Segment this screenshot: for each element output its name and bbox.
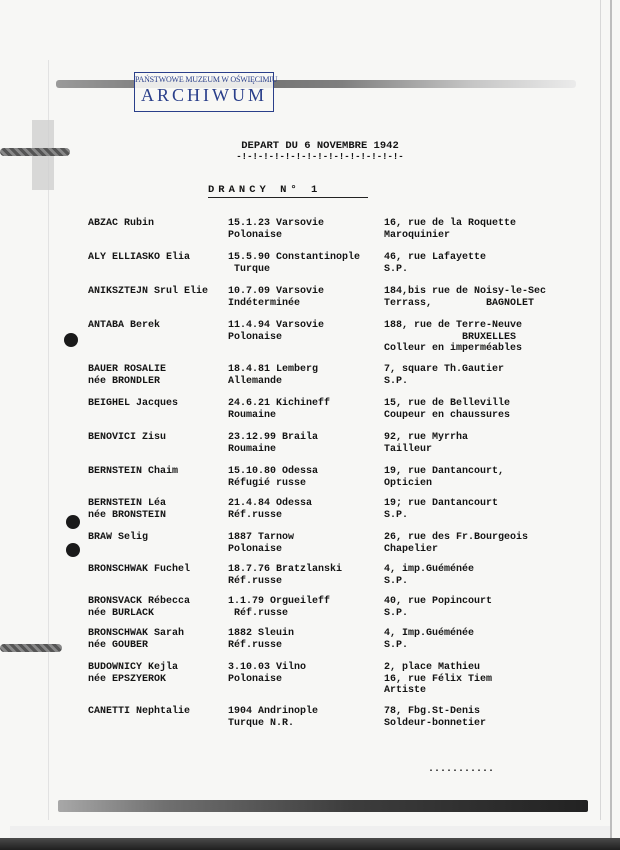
person-name: ANTABA Berek [88,320,160,332]
birth-info-line: Indéterminée [228,298,324,310]
address-occupation: 188, rue de Terre-Neuve BRUXELLESColleur… [384,320,522,355]
birth-info: 15.10.80 OdessaRéfugié russe [228,466,318,489]
birth-info: 15.1.23 VarsoviePolonaise [228,218,324,241]
address-occupation: 19, rue Dantancourt,Opticien [384,466,504,489]
birth-info-line: 18.4.81 Lemberg [228,364,318,376]
document-title: DEPART DU 6 NOVEMBRE 1942 [10,140,620,152]
person-name: BEIGHEL Jacques [88,398,178,410]
address-occupation: 2, place Mathieu16, rue Félix TiemArtist… [384,662,492,697]
birth-info-line: 10.7.09 Varsovie [228,286,324,298]
address-occupation-line: 19, rue Dantancourt, [384,466,504,478]
birth-info-line: Polonaise [228,230,324,242]
birth-info: 24.6.21 KichineffRoumaine [228,398,330,421]
address-occupation-line: Colleur en imperméables [384,343,522,355]
person-name: BERNSTEIN Chaim [88,466,178,478]
address-occupation-line: 184,bis rue de Noisy-le-Sec [384,286,546,298]
birth-info: 1882 SleuinRéf.russe [228,628,294,651]
birth-info-line: 15.5.90 Constantinople [228,252,360,264]
address-occupation: 15, rue de BellevilleCoupeur en chaussur… [384,398,510,421]
person-name-line: CANETTI Nephtalie [88,706,190,718]
person-name-line: BRAW Selig [88,532,148,544]
birth-info-line: Réf.russe [228,640,294,652]
address-occupation-line: Chapelier [384,544,528,556]
birth-info-line: 23.12.99 Braila [228,432,318,444]
person-name-line: née EPSZYEROK [88,674,178,686]
birth-info-line: Réf.russe [228,576,342,588]
birth-info: 18.7.76 BratzlanskiRéf.russe [228,564,342,587]
address-occupation: 16, rue de la RoquetteMaroquinier [384,218,516,241]
person-name-line: ANTABA Berek [88,320,160,332]
address-occupation-line: Coupeur en chaussures [384,410,510,422]
address-occupation: 184,bis rue de Noisy-le-SecTerrass, BAGN… [384,286,546,309]
person-name-line: née BURLACK [88,608,190,620]
birth-info-line: Roumaine [228,410,330,422]
address-occupation-line: S.P. [384,510,498,522]
stamp-institution: PAŃSTWOWE MUZEUM W OŚWIĘCIMIU [135,75,273,84]
address-occupation-line: 19; rue Dantancourt [384,498,498,510]
birth-info-line: Polonaise [228,674,306,686]
person-name-line: née GOUBER [88,640,184,652]
address-occupation-line: 2, place Mathieu [384,662,492,674]
person-name-line: ANIKSZTEJN Srul Elie [88,286,208,298]
address-occupation: 46, rue LafayetteS.P. [384,252,486,275]
address-occupation-line: S.P. [384,640,474,652]
birth-info-line: Réfugié russe [228,478,318,490]
person-name: BRAW Selig [88,532,148,544]
address-occupation-line: 188, rue de Terre-Neuve [384,320,522,332]
punch-hole [66,543,80,557]
page-edge [610,0,612,840]
continuation-dots: ........... [428,764,494,775]
person-name: ALY ELLIASKO Elia [88,252,190,264]
person-name-line: BERNSTEIN Léa [88,498,166,510]
address-occupation-line: 40, rue Popincourt [384,596,492,608]
birth-info-line: Turque N.R. [228,718,318,730]
birth-info-line: Polonaise [228,544,294,556]
birth-info-line: Turque [228,264,360,276]
birth-info-line: Polonaise [228,332,324,344]
address-occupation-line: Artiste [384,685,492,697]
scan-shadow-bottom [58,800,588,812]
address-occupation-line: S.P. [384,264,486,276]
address-occupation-line: 4, imp.Guéménée [384,564,474,576]
person-name: BENOVICI Zisu [88,432,166,444]
punch-hole [64,333,78,347]
birth-info-line: Réf.russe [228,608,330,620]
person-name-line: BERNSTEIN Chaim [88,466,178,478]
address-occupation-line: 15, rue de Belleville [384,398,510,410]
person-name-line: née BRONDLER [88,376,166,388]
birth-info-line: Allemande [228,376,318,388]
person-name: BAUER ROSALIEnée BRONDLER [88,364,166,387]
address-occupation-line: S.P. [384,376,504,388]
person-name: CANETTI Nephtalie [88,706,190,718]
address-occupation: 19; rue DantancourtS.P. [384,498,498,521]
birth-info-line: 3.10.03 Vilno [228,662,306,674]
address-occupation-line: 4, Imp.Guéménée [384,628,474,640]
address-occupation-line: 78, Fbg.St-Denis [384,706,486,718]
address-occupation-line: 16, rue Félix Tiem [384,674,492,686]
person-name: ANIKSZTEJN Srul Elie [88,286,208,298]
birth-info: 15.5.90 Constantinople Turque [228,252,360,275]
birth-info: 23.12.99 BrailaRoumaine [228,432,318,455]
birth-info-line: Roumaine [228,444,318,456]
punch-hole [66,515,80,529]
address-occupation-line: Opticien [384,478,504,490]
address-occupation-line: Tailleur [384,444,468,456]
address-occupation-line: 26, rue des Fr.Bourgeois [384,532,528,544]
person-name: BERNSTEIN Léanée BRONSTEIN [88,498,166,521]
person-name-line: BRONSCHWAK Fuchel [88,564,190,576]
address-occupation-line: 7, square Th.Gautier [384,364,504,376]
person-name-line: BEIGHEL Jacques [88,398,178,410]
address-occupation: 4, Imp.GuéménéeS.P. [384,628,474,651]
stamp-label: ARCHIWUM [135,84,273,106]
person-name-line: BAUER ROSALIE [88,364,166,376]
birth-info-line: 15.1.23 Varsovie [228,218,324,230]
address-occupation: 4, imp.GuéménéeS.P. [384,564,474,587]
archive-stamp: PAŃSTWOWE MUZEUM W OŚWIĘCIMIU ARCHIWUM [134,72,274,112]
person-name-line: ABZAC Rubin [88,218,154,230]
person-name: BUDOWNICY Kejlanée EPSZYEROK [88,662,178,685]
birth-info: 3.10.03 VilnoPolonaise [228,662,306,685]
address-occupation-line: 16, rue de la Roquette [384,218,516,230]
birth-info-line: 15.10.80 Odessa [228,466,318,478]
address-occupation: 40, rue PopincourtS.P. [384,596,492,619]
birth-info: 21.4.84 OdessaRéf.russe [228,498,312,521]
birth-info-line: 1904 Andrinople [228,706,318,718]
person-name-line: BRONSCHWAK Sarah [88,628,184,640]
birth-info: 11.4.94 VarsoviePolonaise [228,320,324,343]
birth-info-line: 1887 Tarnow [228,532,294,544]
address-occupation-line: Soldeur-bonnetier [384,718,486,730]
page-edge [600,0,601,820]
person-name: ABZAC Rubin [88,218,154,230]
address-occupation-line: S.P. [384,608,492,620]
birth-info: 1.1.79 Orgueileff Réf.russe [228,596,330,619]
address-occupation-line: S.P. [384,576,474,588]
birth-info-line: Réf.russe [228,510,312,522]
address-occupation: 92, rue MyrrhaTailleur [384,432,468,455]
birth-info: 1904 AndrinopleTurque N.R. [228,706,318,729]
person-name: BRONSCHWAK Fuchel [88,564,190,576]
birth-info-line: 11.4.94 Varsovie [228,320,324,332]
address-occupation-line: 46, rue Lafayette [384,252,486,264]
person-name-line: née BRONSTEIN [88,510,166,522]
birth-info: 18.4.81 LembergAllemande [228,364,318,387]
person-name: BRONSVACK Rébeccanée BURLACK [88,596,190,619]
birth-info-line: 18.7.76 Bratzlanski [228,564,342,576]
address-occupation-line: Terrass, BAGNOLET [384,298,546,310]
address-occupation-line: BRUXELLES [384,332,522,344]
person-name-line: BENOVICI Zisu [88,432,166,444]
birth-info-line: 21.4.84 Odessa [228,498,312,510]
person-name-line: BRONSVACK Rébecca [88,596,190,608]
person-name-line: ALY ELLIASKO Elia [88,252,190,264]
person-name-line: BUDOWNICY Kejla [88,662,178,674]
document-subtitle: DRANCY N° 1 [208,184,368,198]
title-decoration: -!-!-!-!-!-!-!-!-!-!-!-!-!-!-!- [10,152,620,162]
scanner-edge [0,838,620,850]
address-occupation: 7, square Th.GautierS.P. [384,364,504,387]
binder-string [0,644,62,652]
address-occupation: 78, Fbg.St-DenisSoldeur-bonnetier [384,706,486,729]
birth-info: 10.7.09 VarsovieIndéterminée [228,286,324,309]
address-occupation-line: 92, rue Myrrha [384,432,468,444]
address-occupation-line: Maroquinier [384,230,516,242]
address-occupation: 26, rue des Fr.BourgeoisChapelier [384,532,528,555]
birth-info-line: 1.1.79 Orgueileff [228,596,330,608]
person-name: BRONSCHWAK Sarahnée GOUBER [88,628,184,651]
birth-info-line: 1882 Sleuin [228,628,294,640]
birth-info: 1887 TarnowPolonaise [228,532,294,555]
birth-info-line: 24.6.21 Kichineff [228,398,330,410]
